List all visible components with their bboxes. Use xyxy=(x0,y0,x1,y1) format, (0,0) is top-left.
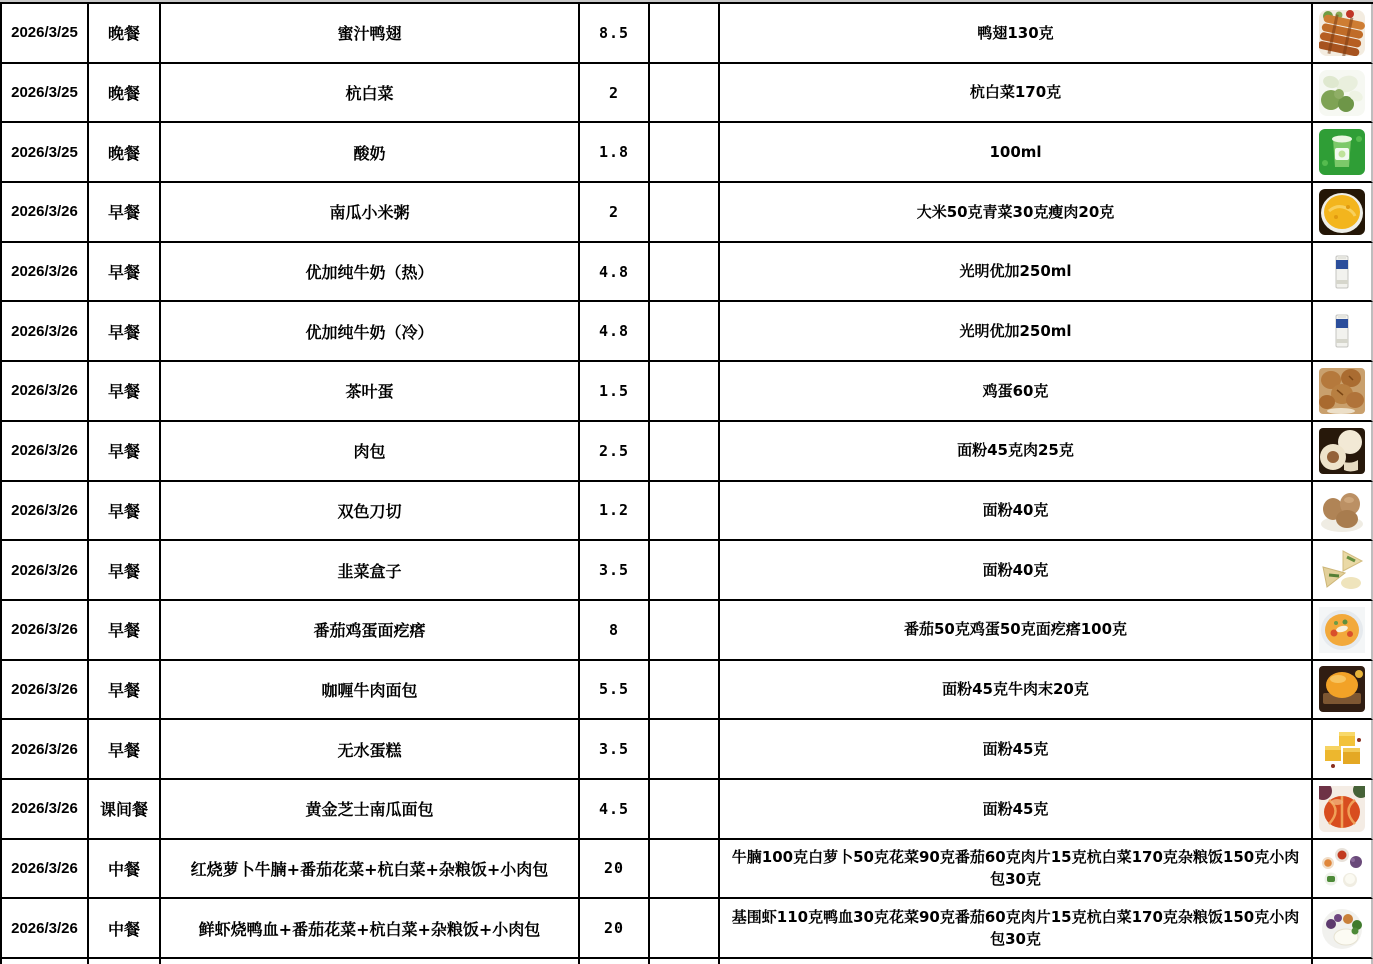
ingredients-cell[interactable]: 大米50克青菜30克瘦肉20克 xyxy=(720,183,1313,243)
ingredients-cell[interactable]: 光明优加250ml xyxy=(720,243,1313,303)
food-photo-cell[interactable] xyxy=(1313,720,1373,780)
meal-type-cell[interactable]: 早餐 xyxy=(89,422,161,482)
dish-name-cell[interactable]: 茶叶蛋 xyxy=(161,362,580,422)
partial-row xyxy=(2,959,1373,964)
table-row: 2026/3/25 晚餐 蜜汁鸭翅 8.5 鸭翅130克 xyxy=(2,4,1373,64)
date-cell[interactable]: 2026/3/25 xyxy=(2,64,89,124)
price-cell[interactable]: 4.5 xyxy=(580,780,650,840)
pumpkin-bread-image xyxy=(1319,786,1365,832)
table-row: 2026/3/26 早餐 茶叶蛋 1.5 鸡蛋60克 xyxy=(2,362,1373,422)
dish-name-cell[interactable]: 肉包 xyxy=(161,422,580,482)
ingredients-cell xyxy=(720,959,1313,964)
price-cell xyxy=(580,959,650,964)
food-photo-cell[interactable] xyxy=(1313,64,1373,124)
date-cell[interactable]: 2026/3/26 xyxy=(2,362,89,422)
table-row: 2026/3/26 早餐 咖喱牛肉面包 5.5 面粉45克牛肉末20克 xyxy=(2,661,1373,721)
ingredients-cell[interactable]: 100ml xyxy=(720,123,1313,183)
table-row: 2026/3/26 早餐 双色刀切 1.2 面粉40克 xyxy=(2,482,1373,542)
food-photo-cell[interactable] xyxy=(1313,422,1373,482)
tomato-egg-soup-image xyxy=(1319,607,1365,653)
food-photo-cell xyxy=(1313,959,1373,964)
empty-cell[interactable] xyxy=(650,601,720,661)
ingredients-cell[interactable]: 面粉45克 xyxy=(720,720,1313,780)
empty-cell[interactable] xyxy=(650,541,720,601)
dish-name-cell[interactable]: 酸奶 xyxy=(161,123,580,183)
meal-type-cell[interactable]: 中餐 xyxy=(89,899,161,959)
food-photo-cell[interactable] xyxy=(1313,4,1373,64)
meal-type-cell[interactable]: 课间餐 xyxy=(89,780,161,840)
yogurt-cup-image xyxy=(1319,129,1365,175)
table-row: 2026/3/26 早餐 肉包 2.5 面粉45克肉25克 xyxy=(2,422,1373,482)
price-cell[interactable]: 1.5 xyxy=(580,362,650,422)
price-cell[interactable]: 20 xyxy=(580,899,650,959)
ingredients-cell[interactable]: 面粉40克 xyxy=(720,482,1313,542)
price-cell[interactable]: 4.8 xyxy=(580,302,650,362)
date-cell[interactable]: 2026/3/26 xyxy=(2,840,89,900)
date-cell[interactable]: 2026/3/26 xyxy=(2,780,89,840)
dish-name-cell[interactable]: 双色刀切 xyxy=(161,482,580,542)
table-row: 2026/3/25 晚餐 酸奶 1.8 100ml xyxy=(2,123,1373,183)
dish-name-cell[interactable]: 韭菜盒子 xyxy=(161,541,580,601)
food-photo-cell[interactable] xyxy=(1313,899,1373,959)
price-cell[interactable]: 4.8 xyxy=(580,243,650,303)
empty-cell[interactable] xyxy=(650,4,720,64)
ingredients-cell[interactable]: 牛腩100克白萝卜50克花菜90克番茄60克肉片15克杭白菜170克杂粮饭150… xyxy=(720,840,1313,900)
meal-type-cell[interactable]: 早餐 xyxy=(89,243,161,303)
food-photo-cell[interactable] xyxy=(1313,601,1373,661)
table-row: 2026/3/26 早餐 韭菜盒子 3.5 面粉40克 xyxy=(2,541,1373,601)
meal-type-cell[interactable]: 中餐 xyxy=(89,840,161,900)
dish-name-cell[interactable]: 南瓜小米粥 xyxy=(161,183,580,243)
food-photo-cell[interactable] xyxy=(1313,541,1373,601)
ingredients-cell[interactable]: 鸡蛋60克 xyxy=(720,362,1313,422)
price-cell[interactable]: 1.8 xyxy=(580,123,650,183)
price-cell[interactable]: 20 xyxy=(580,840,650,900)
meal-type-cell[interactable]: 早餐 xyxy=(89,601,161,661)
table-row: 2026/3/26 早餐 番茄鸡蛋面疙瘩 8 番茄50克鸡蛋50克面疙瘩100克 xyxy=(2,601,1373,661)
ingredients-cell[interactable]: 鸭翅130克 xyxy=(720,4,1313,64)
chive-pockets-image xyxy=(1319,547,1365,593)
date-cell[interactable]: 2026/3/26 xyxy=(2,601,89,661)
ingredients-cell[interactable]: 光明优加250ml xyxy=(720,302,1313,362)
meal-type-cell[interactable]: 晚餐 xyxy=(89,64,161,124)
food-photo-cell[interactable] xyxy=(1313,482,1373,542)
meal-type-cell[interactable]: 早餐 xyxy=(89,362,161,422)
dish-name-cell[interactable]: 杭白菜 xyxy=(161,64,580,124)
dish-name-cell[interactable]: 红烧萝卜牛腩+番茄花菜+杭白菜+杂粮饭+小肉包 xyxy=(161,840,580,900)
empty-cell[interactable] xyxy=(650,780,720,840)
meal-type-cell xyxy=(89,959,161,964)
table-row: 2026/3/26 早餐 优加纯牛奶（冷） 4.8 光明优加250ml xyxy=(2,302,1373,362)
empty-cell[interactable] xyxy=(650,840,720,900)
date-cell[interactable]: 2026/3/26 xyxy=(2,661,89,721)
dish-name-cell xyxy=(161,959,580,964)
empty-cell[interactable] xyxy=(650,64,720,124)
dish-name-cell[interactable]: 无水蛋糕 xyxy=(161,720,580,780)
ingredients-cell[interactable]: 面粉45克 xyxy=(720,780,1313,840)
meal-type-cell[interactable]: 早餐 xyxy=(89,482,161,542)
empty-cell[interactable] xyxy=(650,482,720,542)
dish-name-cell[interactable]: 鲜虾烧鸭血+番茄花菜+杭白菜+杂粮饭+小肉包 xyxy=(161,899,580,959)
price-cell[interactable]: 2.5 xyxy=(580,422,650,482)
empty-cell[interactable] xyxy=(650,899,720,959)
meal-type-cell[interactable]: 晚餐 xyxy=(89,4,161,64)
table-row: 2026/3/26 中餐 鲜虾烧鸭血+番茄花菜+杭白菜+杂粮饭+小肉包 20 基… xyxy=(2,899,1373,959)
food-photo-cell[interactable] xyxy=(1313,123,1373,183)
food-photo-cell[interactable] xyxy=(1313,302,1373,362)
table-row: 2026/3/26 课间餐 黄金芝士南瓜面包 4.5 面粉45克 xyxy=(2,780,1373,840)
price-cell[interactable]: 8 xyxy=(580,601,650,661)
table-row: 2026/3/26 早餐 优加纯牛奶（热） 4.8 光明优加250ml xyxy=(2,243,1373,303)
empty-cell[interactable] xyxy=(650,243,720,303)
lunch-plate-image xyxy=(1319,905,1365,951)
meat-bun-image xyxy=(1319,428,1365,474)
empty-cell[interactable] xyxy=(650,302,720,362)
food-photo-cell[interactable] xyxy=(1313,661,1373,721)
milk-carton-image xyxy=(1319,308,1365,354)
meal-type-cell[interactable]: 早餐 xyxy=(89,302,161,362)
date-cell[interactable]: 2026/3/26 xyxy=(2,183,89,243)
empty-cell[interactable] xyxy=(650,123,720,183)
table-row: 2026/3/26 中餐 红烧萝卜牛腩+番茄花菜+杭白菜+杂粮饭+小肉包 20 … xyxy=(2,840,1373,900)
ingredients-cell[interactable]: 面粉40克 xyxy=(720,541,1313,601)
ingredients-cell[interactable]: 基围虾110克鸭血30克花菜90克番茄60克肉片15克杭白菜170克杂粮饭150… xyxy=(720,899,1313,959)
dish-name-cell[interactable]: 咖喱牛肉面包 xyxy=(161,661,580,721)
dish-name-cell[interactable]: 优加纯牛奶（冷） xyxy=(161,302,580,362)
price-cell[interactable]: 5.5 xyxy=(580,661,650,721)
ingredients-cell[interactable]: 杭白菜170克 xyxy=(720,64,1313,124)
steamed-buns-image xyxy=(1319,487,1365,533)
meal-type-cell[interactable]: 早餐 xyxy=(89,541,161,601)
tea-eggs-image xyxy=(1319,368,1365,414)
milk-carton-image xyxy=(1319,249,1365,295)
table-row: 2026/3/26 早餐 无水蛋糕 3.5 面粉45克 xyxy=(2,720,1373,780)
date-cell[interactable]: 2026/3/26 xyxy=(2,720,89,780)
empty-cell[interactable] xyxy=(650,422,720,482)
price-cell[interactable]: 3.5 xyxy=(580,541,650,601)
lunch-tray-image xyxy=(1319,845,1365,891)
date-cell[interactable]: 2026/3/26 xyxy=(2,302,89,362)
food-photo-cell[interactable] xyxy=(1313,780,1373,840)
menu-table: 2026/3/25 晚餐 蜜汁鸭翅 8.5 鸭翅130克 2026/3/25 xyxy=(0,2,1373,964)
date-cell[interactable]: 2026/3/26 xyxy=(2,422,89,482)
porridge-bowl-image xyxy=(1319,189,1365,235)
price-cell[interactable]: 3.5 xyxy=(580,720,650,780)
date-cell[interactable]: 2026/3/26 xyxy=(2,541,89,601)
dish-name-cell[interactable]: 优加纯牛奶（热） xyxy=(161,243,580,303)
ingredients-cell[interactable]: 番茄50克鸡蛋50克面疙瘩100克 xyxy=(720,601,1313,661)
curry-beef-bread-image xyxy=(1319,666,1365,712)
date-cell[interactable]: 2026/3/26 xyxy=(2,482,89,542)
price-cell[interactable]: 8.5 xyxy=(580,4,650,64)
food-photo-cell[interactable] xyxy=(1313,183,1373,243)
date-cell[interactable]: 2026/3/25 xyxy=(2,4,89,64)
cabbage-image xyxy=(1319,70,1365,116)
date-cell[interactable]: 2026/3/25 xyxy=(2,123,89,183)
meal-type-cell[interactable]: 晚餐 xyxy=(89,123,161,183)
empty-cell[interactable] xyxy=(650,183,720,243)
price-cell[interactable]: 2 xyxy=(580,183,650,243)
cake-cubes-image xyxy=(1319,726,1365,772)
dish-name-cell[interactable]: 蜜汁鸭翅 xyxy=(161,4,580,64)
food-photo-cell[interactable] xyxy=(1313,243,1373,303)
empty-cell xyxy=(650,959,720,964)
table-row: 2026/3/26 早餐 南瓜小米粥 2 大米50克青菜30克瘦肉20克 xyxy=(2,183,1373,243)
empty-cell[interactable] xyxy=(650,720,720,780)
empty-cell[interactable] xyxy=(650,362,720,422)
dish-name-cell[interactable]: 番茄鸡蛋面疙瘩 xyxy=(161,601,580,661)
date-cell[interactable]: 2026/3/26 xyxy=(2,899,89,959)
food-photo-cell[interactable] xyxy=(1313,840,1373,900)
ingredients-cell[interactable]: 面粉45克牛肉末20克 xyxy=(720,661,1313,721)
food-photo-cell[interactable] xyxy=(1313,362,1373,422)
empty-cell[interactable] xyxy=(650,661,720,721)
date-cell[interactable]: 2026/3/26 xyxy=(2,243,89,303)
dish-name-cell[interactable]: 黄金芝士南瓜面包 xyxy=(161,780,580,840)
meal-type-cell[interactable]: 早餐 xyxy=(89,183,161,243)
meal-type-cell[interactable]: 早餐 xyxy=(89,720,161,780)
date-cell xyxy=(2,959,89,964)
price-cell[interactable]: 2 xyxy=(580,64,650,124)
ingredients-cell[interactable]: 面粉45克肉25克 xyxy=(720,422,1313,482)
meal-type-cell[interactable]: 早餐 xyxy=(89,661,161,721)
duck-wings-image xyxy=(1319,10,1365,56)
table-row: 2026/3/25 晚餐 杭白菜 2 杭白菜170克 xyxy=(2,64,1373,124)
price-cell[interactable]: 1.2 xyxy=(580,482,650,542)
